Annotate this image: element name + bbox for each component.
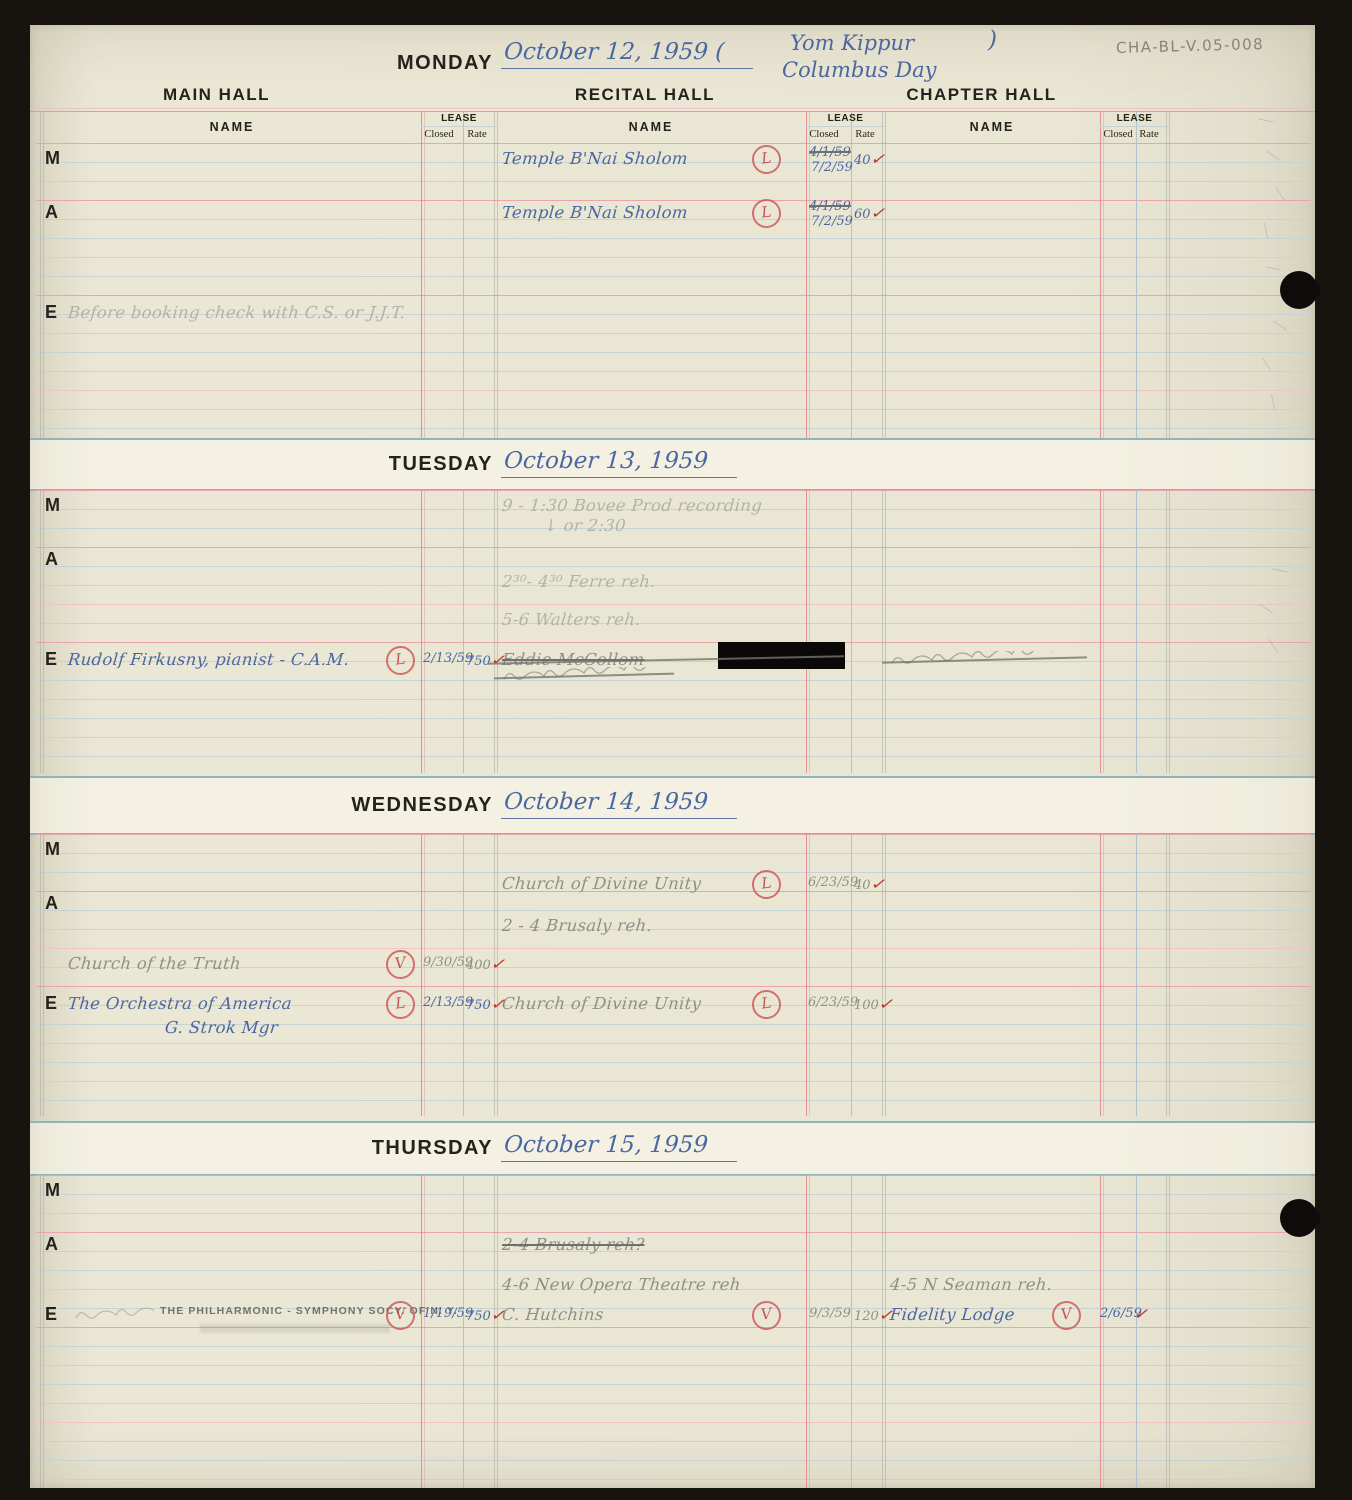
- entry-text: 2³⁰- 4³⁰ Ferre reh.: [501, 572, 657, 591]
- ruled-line: [36, 1081, 1311, 1082]
- ruled-line: [36, 1403, 1311, 1404]
- column-rule-line: [424, 834, 425, 1116]
- column-rule-line: [1100, 1175, 1101, 1488]
- name-column-label: NAME: [912, 120, 1072, 134]
- ruled-line: [36, 257, 1311, 258]
- column-rule-line: [882, 1175, 883, 1488]
- rate-value: 40: [854, 153, 871, 168]
- day-date: October 15, 1959: [501, 1132, 739, 1162]
- checkmark-icon: ✓: [869, 204, 889, 222]
- column-rule-line: [43, 143, 44, 438]
- entry-text: Church of Divine Unity: [501, 874, 702, 893]
- column-rule-line: [1169, 490, 1170, 773]
- day-name: TUESDAY: [295, 453, 493, 476]
- punch-hole-stem: [1300, 1213, 1320, 1224]
- rate-value: 100: [854, 998, 879, 1013]
- lease-closed-date: 2/13/59: [423, 651, 463, 666]
- column-rule-line: [1100, 834, 1101, 1116]
- lease-closed-date-revised: 7/2/59: [810, 214, 854, 229]
- column-rule-line: [497, 834, 498, 1116]
- pencil-scribble: [74, 1306, 154, 1326]
- lease-column-label: LEASE: [419, 113, 499, 124]
- entry-text: The Orchestra of America: [67, 994, 292, 1013]
- ruled-line: [36, 910, 1311, 911]
- entry-text: 4-5 N Seaman reh.: [889, 1275, 1053, 1294]
- ruled-line: [36, 1346, 1311, 1347]
- column-rule-line: [424, 490, 425, 773]
- ruled-line: [36, 623, 1311, 624]
- entry-text: 2-4 Brusaly reh?: [501, 1235, 645, 1254]
- ruled-line: [36, 737, 1311, 738]
- lease-rate: 750✓: [466, 1306, 494, 1324]
- column-rule-line: [1103, 490, 1104, 773]
- ruled-line: [36, 1422, 1311, 1423]
- column-rule-line: [1136, 834, 1137, 1116]
- ruled-line: [36, 490, 1311, 491]
- column-rule-line: [40, 1175, 41, 1488]
- entry-text: G. Strok Mgr: [164, 1018, 279, 1037]
- column-rule-line: [1136, 143, 1137, 438]
- lease-badge: L: [750, 868, 782, 900]
- day-name: THURSDAY: [295, 1137, 493, 1160]
- column-rule-line: [463, 143, 464, 438]
- column-rule-line: [497, 490, 498, 773]
- column-rule-line: [1166, 490, 1167, 773]
- ruled-line: [36, 1043, 1311, 1044]
- column-rule-line: [809, 1175, 810, 1488]
- rate-value: 750: [466, 654, 491, 669]
- time-row-label: E: [45, 1304, 57, 1325]
- column-rule-line: [1136, 490, 1137, 773]
- ruled-line: [36, 276, 1311, 277]
- time-row-label: A: [45, 202, 58, 223]
- column-rule-line: [806, 834, 807, 1116]
- column-rule-line: [885, 490, 886, 773]
- ruled-line: [36, 566, 1311, 567]
- column-header-row: NAMENAMENAMELEASEClosedRateLEASEClosedRa…: [30, 111, 1315, 144]
- time-row-label: A: [45, 893, 58, 914]
- column-rule-line: [885, 143, 886, 438]
- column-rule-line: [1103, 143, 1104, 438]
- column-rule-line: [494, 1175, 495, 1488]
- column-rule-line: [806, 1175, 807, 1488]
- lease-rate: 400✓: [466, 955, 494, 973]
- time-row-label: E: [45, 993, 57, 1014]
- ruled-line: [36, 1062, 1311, 1063]
- lease-divider-rule: [421, 126, 497, 127]
- rate-value: 400: [466, 958, 491, 973]
- checkmark-icon: ✓: [489, 955, 509, 973]
- entry-text: 5-6 Walters reh.: [501, 610, 641, 629]
- day-grid: MAETemple B'Nai SholomL4/1/597/2/5940✓Te…: [30, 143, 1315, 438]
- time-row-label: M: [45, 839, 60, 860]
- ruled-line: [36, 642, 1311, 643]
- name-column-label: NAME: [152, 120, 312, 134]
- booking-ledger-page: MONDAYOctober 12, 1959 (Yom KippurColumb…: [30, 25, 1315, 1488]
- ruled-line: [36, 604, 1311, 605]
- time-row-label: A: [45, 1234, 58, 1255]
- column-rule-line: [40, 143, 41, 438]
- column-rule-line: [463, 490, 464, 773]
- column-rule-line: [1103, 1175, 1104, 1488]
- ruled-line: [36, 1479, 1311, 1480]
- lease-badge: V: [384, 948, 416, 980]
- lease-divider-rule: [806, 126, 885, 127]
- column-rule-line: [1166, 834, 1167, 1116]
- lease-closed-date: 6/23/59: [808, 875, 852, 890]
- lease-rate: 100✓: [854, 995, 882, 1013]
- column-rule-line: [463, 834, 464, 1116]
- rate-value: 750: [466, 998, 491, 1013]
- rate-value: 40: [854, 878, 871, 893]
- lease-rate: 120✓: [854, 1306, 882, 1324]
- checkmark-icon: ✓: [869, 150, 889, 168]
- entry-text: Church of Divine Unity: [501, 994, 702, 1013]
- entry-text: ↓ or 2:30: [543, 516, 627, 535]
- punch-hole-stem: [1300, 285, 1320, 296]
- lease-closed-date-revised: 7/2/59: [810, 160, 854, 175]
- ruled-line: [36, 528, 1311, 529]
- reference-code: CHA-BL-V.05-008: [1116, 35, 1265, 57]
- lease-closed-date: 6/23/59: [808, 995, 852, 1010]
- entry-text: Rudolf Firkusny, pianist - C.A.M.: [67, 650, 350, 669]
- column-rule-line: [851, 490, 852, 773]
- rate-column-label: Rate: [840, 129, 890, 140]
- column-rule-line: [463, 1175, 464, 1488]
- column-rule-line: [40, 834, 41, 1116]
- time-row-label: M: [45, 148, 60, 169]
- ruled-line: [36, 1194, 1311, 1195]
- time-row-label: E: [45, 649, 57, 670]
- ruled-line: [36, 1384, 1311, 1385]
- column-rule-line: [1166, 143, 1167, 438]
- ruled-line: [36, 181, 1311, 182]
- entry-text: 4-6 New Opera Theatre reh: [501, 1275, 741, 1294]
- ruled-line: [36, 333, 1311, 334]
- column-rule-line: [1169, 143, 1170, 438]
- column-rule-line: [882, 143, 883, 438]
- ruled-line: [36, 1270, 1311, 1271]
- lease-closed-date: 9/3/59: [808, 1306, 852, 1321]
- column-rule-line: [851, 143, 852, 438]
- ruled-line: [36, 948, 1311, 949]
- lease-badge: L: [384, 988, 416, 1020]
- ruled-line: [36, 390, 1311, 391]
- column-rule-line: [40, 490, 41, 773]
- ruled-line: [36, 295, 1311, 296]
- ruled-line: [36, 352, 1311, 353]
- ruled-line: [36, 1232, 1311, 1233]
- entry-text: Temple B'Nai Sholom: [501, 203, 689, 222]
- rate-column-label: Rate: [452, 129, 502, 140]
- day-grid: MAE9 - 1:30 Bovee Prod recording↓ or 2:3…: [30, 490, 1315, 773]
- column-rule-line: [806, 490, 807, 773]
- ruled-line: [36, 834, 1311, 835]
- entry-text: C. Hutchins: [501, 1305, 604, 1324]
- ruled-line: [36, 1251, 1311, 1252]
- rate-value: 750: [466, 1309, 491, 1324]
- column-rule-line: [421, 143, 422, 438]
- column-rule-line: [851, 1175, 852, 1488]
- lease-column-label: LEASE: [806, 113, 886, 124]
- ruled-line: [36, 699, 1311, 700]
- ruled-line: [36, 585, 1311, 586]
- day-date: October 13, 1959: [501, 448, 739, 478]
- lease-badge: L: [384, 644, 416, 676]
- ruled-line: [36, 756, 1311, 757]
- day-date: October 14, 1959: [501, 789, 739, 819]
- rate-column-label: Rate: [1124, 129, 1174, 140]
- column-rule-line: [43, 490, 44, 773]
- ruled-line: [36, 1213, 1311, 1214]
- day-grid: MAE2-4 Brusaly reh?4-6 New Opera Theatre…: [30, 1175, 1315, 1488]
- lease-closed-date: 1/19/59: [423, 1306, 463, 1321]
- day-band: THURSDAYOctober 15, 1959: [30, 1121, 1315, 1176]
- entry-text: 2 - 4 Brusaly reh.: [501, 916, 653, 935]
- ruled-line: [36, 409, 1311, 410]
- column-rule-line: [1169, 834, 1170, 1116]
- column-rule-line: [809, 490, 810, 773]
- column-rule-line: [421, 490, 422, 773]
- lease-closed-date: 9/30/59: [423, 955, 463, 970]
- lease-badge: L: [750, 143, 782, 175]
- lease-closed-date: 4/1/59: [808, 145, 852, 160]
- name-column-label: NAME: [571, 120, 731, 134]
- column-rule-line: [497, 1175, 498, 1488]
- ruled-line: [36, 929, 1311, 930]
- day-name: WEDNESDAY: [295, 794, 493, 817]
- day-name: MONDAY: [295, 52, 493, 75]
- column-rule-line: [809, 143, 810, 438]
- column-rule-line: [421, 1175, 422, 1488]
- day-date: October 12, 1959 (: [501, 39, 755, 69]
- date-note-line2: Columbus Day: [782, 58, 937, 82]
- entry-text: Fidelity Lodge: [889, 1305, 1015, 1324]
- ruled-line: [36, 853, 1311, 854]
- ruled-line: [36, 238, 1311, 239]
- ruled-line: [36, 200, 1311, 201]
- ruled-line: [36, 1100, 1311, 1101]
- lease-rate: 60✓: [854, 204, 882, 222]
- day-grid: MAEChurch of Divine UnityL6/23/5940✓2 - …: [30, 834, 1315, 1116]
- lease-divider-rule: [1100, 126, 1169, 127]
- ruled-line: [36, 986, 1311, 987]
- column-rule-line: [424, 1175, 425, 1488]
- column-rule-line: [806, 143, 807, 438]
- hall-title: MAIN HALL: [148, 85, 285, 105]
- column-rule-line: [43, 112, 44, 144]
- column-rule-line: [40, 112, 41, 144]
- lease-closed-date: 2/13/59: [423, 995, 463, 1010]
- checkmark-icon: ✓: [1132, 1305, 1152, 1323]
- lease-column-label: LEASE: [1095, 113, 1175, 124]
- column-rule-line: [494, 834, 495, 1116]
- entry-text: Church of the Truth: [67, 954, 242, 973]
- entry-text: 9 - 1:30 Bovee Prod recording: [501, 496, 763, 515]
- checkmark-icon: ✓: [877, 995, 897, 1013]
- column-rule-line: [497, 143, 498, 438]
- entry-text: Before booking check with C.S. or J.J.T.: [67, 303, 406, 322]
- column-rule-line: [43, 834, 44, 1116]
- header-top-rule: [36, 108, 1311, 109]
- stamp-smudge-line: [200, 1324, 390, 1333]
- column-rule-line: [882, 490, 883, 773]
- ruled-line: [36, 680, 1311, 681]
- rate-value: 60: [854, 207, 871, 222]
- hall-title: RECITAL HALL: [557, 85, 733, 105]
- day-band: WEDNESDAYOctober 14, 1959: [30, 776, 1315, 835]
- column-rule-line: [494, 490, 495, 773]
- ruled-line: [36, 1441, 1311, 1442]
- ruled-line: [36, 1175, 1311, 1176]
- time-row-label: A: [45, 549, 58, 570]
- date-note-line1: Yom Kippur: [790, 31, 914, 55]
- ruled-line: [36, 143, 1311, 144]
- column-rule-line: [43, 1175, 44, 1488]
- ruled-line: [36, 872, 1311, 873]
- time-row-label: M: [45, 1180, 60, 1201]
- ruled-line: [36, 547, 1311, 548]
- checkmark-icon: ✓: [869, 875, 889, 893]
- lease-rate: 40✓: [854, 875, 882, 893]
- day-band: TUESDAYOctober 13, 1959: [30, 438, 1315, 491]
- column-rule-line: [494, 143, 495, 438]
- column-rule-line: [424, 143, 425, 438]
- ruled-line: [36, 428, 1311, 429]
- lease-closed-date: 4/1/59: [808, 199, 852, 214]
- rate-value: 120: [854, 1309, 879, 1324]
- ruled-line: [36, 1365, 1311, 1366]
- column-rule-line: [1136, 1175, 1137, 1488]
- lease-rate: 750✓: [466, 651, 494, 669]
- date-note-close: ): [988, 27, 997, 53]
- lease-rate: 40✓: [854, 150, 882, 168]
- lease-badge: L: [750, 197, 782, 229]
- column-rule-line: [1166, 1175, 1167, 1488]
- time-row-label: M: [45, 495, 60, 516]
- ruled-line: [36, 1460, 1311, 1461]
- ruled-line: [36, 718, 1311, 719]
- column-rule-line: [1100, 490, 1101, 773]
- column-rule-line: [421, 834, 422, 1116]
- column-rule-line: [1103, 834, 1104, 1116]
- lease-rate: 750✓: [466, 995, 494, 1013]
- ruled-line: [36, 371, 1311, 372]
- column-rule-line: [1169, 1175, 1170, 1488]
- column-rule-line: [1100, 143, 1101, 438]
- time-row-label: E: [45, 302, 57, 323]
- entry-text: Temple B'Nai Sholom: [501, 149, 689, 168]
- lease-badge: L: [750, 988, 782, 1020]
- hall-title: CHAPTER HALL: [888, 85, 1075, 105]
- column-rule-line: [885, 1175, 886, 1488]
